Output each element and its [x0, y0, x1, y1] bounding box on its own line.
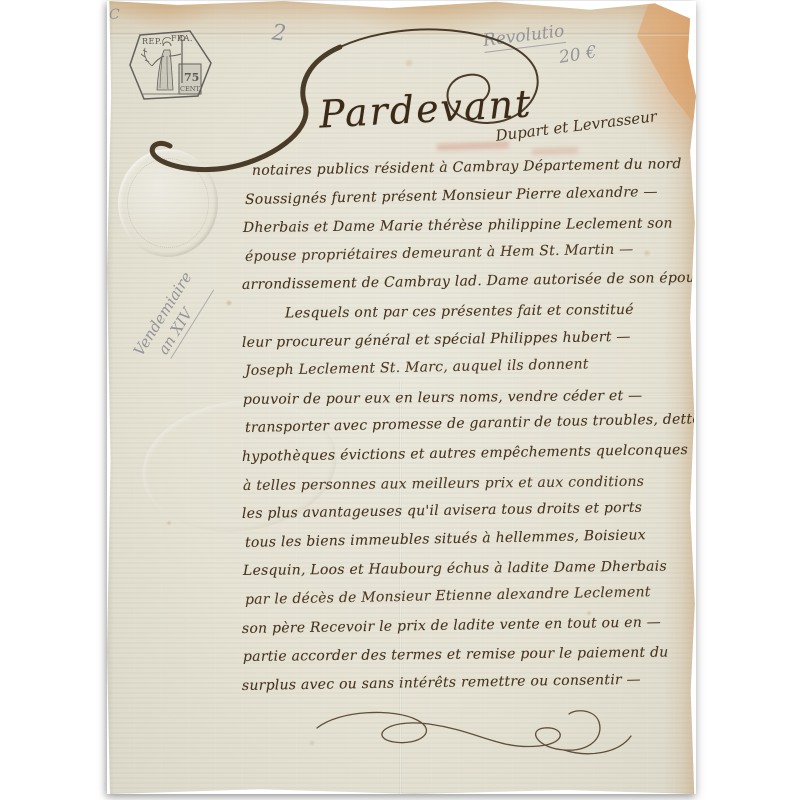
embossed-seal [118, 149, 218, 257]
revenue-stamp-icon: REP. FRA. 75 CENT [127, 28, 215, 113]
faded-red-stamp [437, 142, 509, 152]
pencil-margin-date-note: Vendemiaire an XIV [129, 268, 214, 371]
paper-sheet: REP. FRA. 75 CENT [107, 1, 696, 794]
photo-background: REP. FRA. 75 CENT [0, 0, 800, 800]
stamp-unit: CENT [180, 85, 200, 93]
manuscript-body: notaires publics résident à Cambray Dépa… [242, 157, 694, 700]
manuscript-line: arrondissement de Cambray lad. Dame auto… [242, 264, 694, 300]
manuscript-line: hypothèques évictions et autres empêchem… [242, 436, 694, 472]
pencil-page-number: 2 [271, 20, 288, 46]
document-page: REP. FRA. 75 CENT [107, 1, 696, 794]
pencil-title-note: Revolutio [482, 21, 566, 53]
paraph-flourish-icon [299, 697, 649, 775]
stamp-label-left: REP. [142, 37, 162, 46]
stamp-value: 75 [184, 71, 199, 84]
pencil-price-note: 20 € [558, 42, 599, 68]
pencil-corner-mark: C [109, 7, 120, 23]
manuscript-line: surplus avec ou sans intérêts remettre o… [242, 665, 694, 701]
torn-corner-stain [624, 1, 696, 126]
